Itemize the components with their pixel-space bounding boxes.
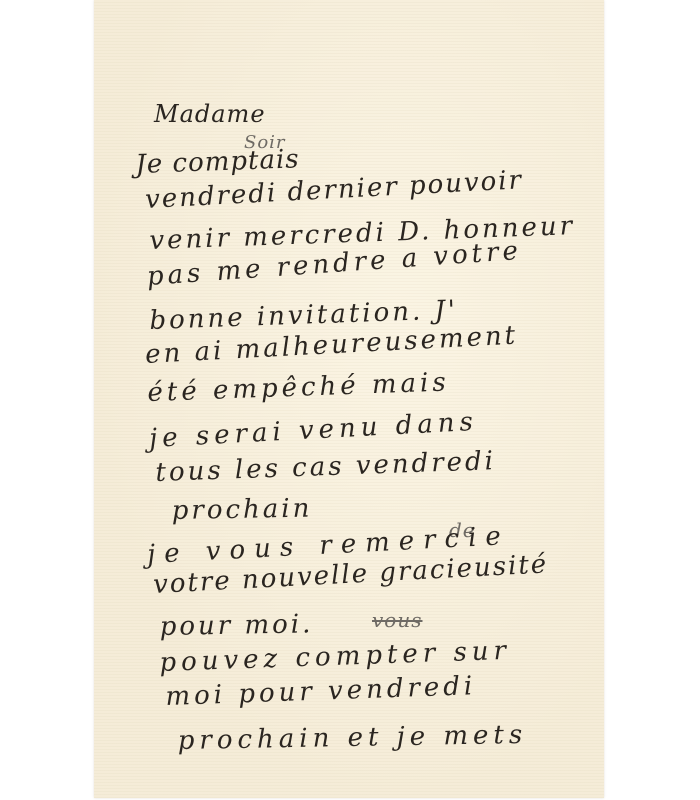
scan-canvas: Madame Soir Je comptais vendredi dernier…: [0, 0, 700, 800]
letter-line-8: je serai venu dans: [148, 407, 478, 454]
letter-line-15: moi pour vendredi: [165, 671, 477, 712]
struck-word: vous: [372, 608, 422, 632]
letter-line-1: Je comptais: [135, 144, 300, 180]
letter-line-13: pour moi.: [159, 609, 313, 642]
letter-paper: Madame Soir Je comptais vendredi dernier…: [94, 0, 604, 798]
letter-line-9: tous les cas vendredi: [155, 446, 497, 488]
salutation: Madame: [154, 100, 266, 128]
letter-line-10: prochain: [171, 494, 312, 526]
letter-line-16: prochain et je mets: [177, 720, 527, 756]
letter-line-7: été empêché mais: [147, 367, 450, 408]
